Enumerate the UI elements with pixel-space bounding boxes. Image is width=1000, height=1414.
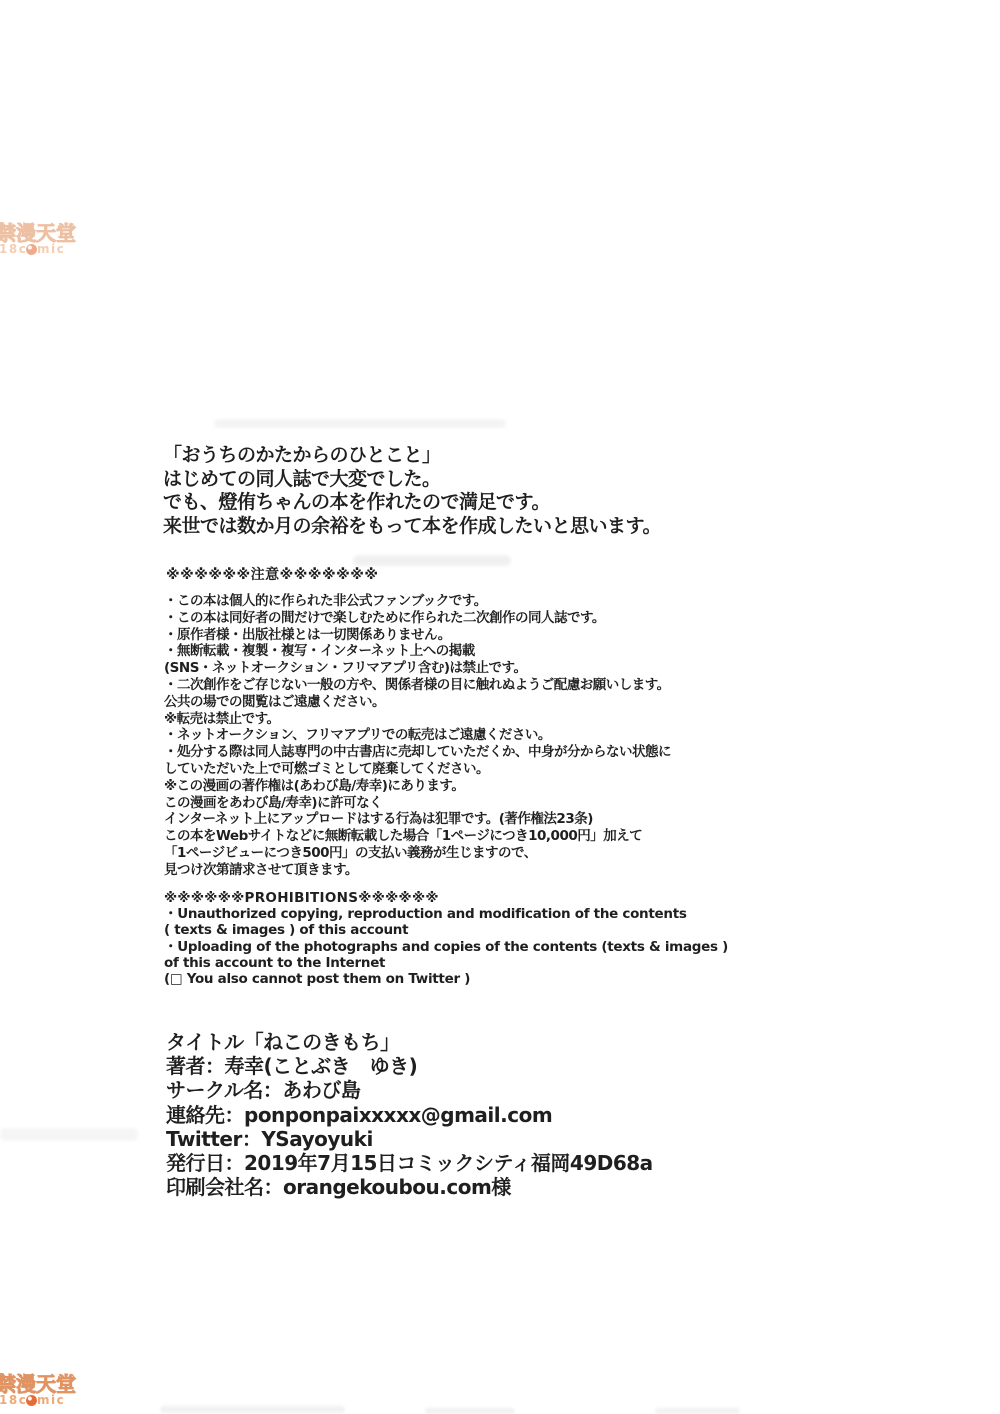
watermark-subtitle: 18comic [0,242,106,256]
watermark-subtitle: 18comic [0,1393,106,1407]
text-line: インターネット上にアップロードはする行為は犯罪です。(著作権法23条) [164,811,671,828]
text-line: ・ネットオークション、フリマアプリでの転売はご遠慮ください。 [164,727,671,744]
watermark-subtitle-text: 18comic [0,1393,65,1407]
scan-artifact [655,1408,740,1414]
text-line: ・無断転載・複製・複写・インターネット上への掲載 [164,643,671,660]
prohibitions-section: ※※※※※※PROHIBITIONS※※※※※※ ・Unauthorized c… [164,890,728,987]
watermark-18comic-top: 禁漫天堂 18comic [0,222,106,256]
watermark-18comic-bottom: 禁漫天堂 18comic [0,1373,106,1407]
text-line: ※転売は禁止です。 [164,711,671,728]
scan-artifact [160,1406,345,1413]
text-line: Twitter：YSayoyuki [166,1127,653,1151]
text-line: はじめての同人誌で大変でした。 [163,468,661,492]
notice-section: ・この本は個人的に作られた非公式ファンブックです。・この本は同好者の間だけで楽し… [164,593,671,879]
text-line: ( texts & images ) of this account [164,922,728,938]
text-line: この本をWebサイトなどに無断転載した場合「1ページにつき10,000円」加えて [164,828,671,845]
colophon-section: タイトル「ねこのきもち」著者：寿幸(ことぶき ゆき)サークル名：あわび島連絡先：… [166,1030,653,1199]
text-line: ・原作者様・出版社様とは一切関係ありません。 [164,627,671,644]
text-line: 著者：寿幸(ことぶき ゆき) [166,1054,653,1078]
watermark-subtitle-text: 18comic [0,242,65,256]
watermark-title: 禁漫天堂 [0,222,106,244]
text-line: 「1ページビューにつき500円」の支払い義務が生じますので、 [164,845,671,862]
scan-artifact [0,1128,138,1141]
scan-artifact [425,1408,515,1414]
text-line: (□ You also cannot post them on Twitter … [164,971,728,987]
text-line: 来世では数か月の余裕をもって本を作成したいと思います。 [163,515,661,539]
prohibitions-lines: ・Unauthorized copying, reproduction and … [164,906,728,987]
text-line: タイトル「ねこのきもち」 [166,1030,653,1054]
text-line: ※この漫画の著作権は(あわび島/寿幸)にあります。 [164,778,671,795]
text-line: 見つけ次第請求させて頂きます。 [164,862,671,879]
notice-header: ※※※※※※注意※※※※※※※ [166,564,378,584]
comic-ball-icon [26,244,37,255]
prohibitions-header: ※※※※※※PROHIBITIONS※※※※※※ [164,890,728,906]
afterword-section: 「おうちのかたからのひとこと」はじめての同人誌で大変でした。でも、燈侑ちゃんの本… [163,444,661,538]
text-line: していただいた上で可燃ゴミとして廃棄してください。 [164,761,671,778]
text-line: 「おうちのかたからのひとこと」 [163,444,661,468]
doujinshi-colophon-page: 禁漫天堂 18comic 「おうちのかたからのひとこと」はじめての同人誌で大変で… [0,0,1000,1414]
text-line: of this account to the Internet [164,955,728,971]
text-line: 連絡先：ponponpaixxxxx@gmail.com [166,1103,653,1127]
text-line: ・処分する際は同人誌専門の中古書店に売却していただくか、中身が分からない状態に [164,744,671,761]
text-line: この漫画をあわび島/寿幸)に許可なく [164,795,671,812]
text-line: (SNS・ネットオークション・フリマアプリ含む)は禁止です。 [164,660,671,677]
text-line: ・Uploading of the photographs and copies… [164,939,728,955]
text-line: サークル名：あわび島 [166,1078,653,1102]
text-line: ・Unauthorized copying, reproduction and … [164,906,728,922]
scan-artifact [214,419,506,428]
watermark-title: 禁漫天堂 [0,1373,106,1395]
text-line: 印刷会社名：orangekoubou.com様 [166,1175,653,1199]
text-line: 公共の場での閲覧はご遠慮ください。 [164,694,671,711]
text-line: ・この本は同好者の間だけで楽しむために作られた二次創作の同人誌です。 [164,610,671,627]
text-line: ・この本は個人的に作られた非公式ファンブックです。 [164,593,671,610]
comic-ball-icon [26,1395,37,1406]
text-line: でも、燈侑ちゃんの本を作れたので満足です。 [163,491,661,515]
text-line: 発行日：2019年7月15日コミックシティ福岡49D68a [166,1151,653,1175]
text-line: ・二次創作をご存じない一般の方や、関係者様の目に触れぬようご配慮お願いします。 [164,677,671,694]
